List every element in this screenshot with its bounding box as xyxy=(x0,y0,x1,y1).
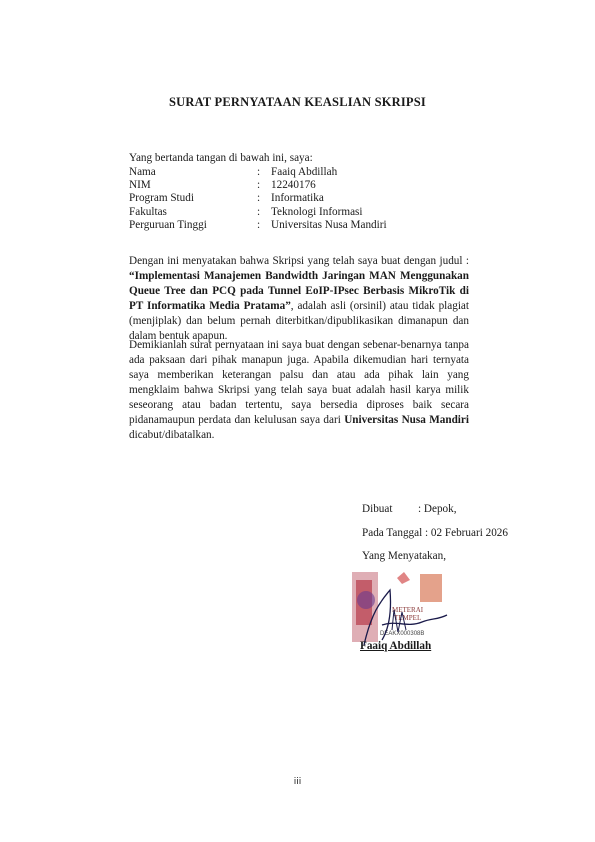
meterai-stamp-signature-icon: METERAI TEMPEL DEAKX000308B xyxy=(352,570,452,650)
made-value: : Depok, xyxy=(418,503,457,515)
field-row-program: Program Studi : Informatika xyxy=(129,192,387,205)
document-title: SURAT PERNYATAAN KEASLIAN SKRIPSI xyxy=(0,95,595,110)
field-value: 12240176 xyxy=(271,179,316,192)
university-name: Universitas Nusa Mandiri xyxy=(344,414,469,426)
field-separator: : xyxy=(257,192,271,205)
svg-text:TEMPEL: TEMPEL xyxy=(394,614,421,622)
field-row-faculty: Fakultas : Teknologi Informasi xyxy=(129,206,387,219)
page-number: iii xyxy=(0,777,595,787)
field-separator: : xyxy=(257,166,271,179)
field-value: Faaiq Abdillah xyxy=(271,166,337,179)
field-value: Teknologi Informasi xyxy=(271,206,363,219)
field-separator: : xyxy=(257,219,271,232)
field-label: Fakultas xyxy=(129,206,257,219)
field-label: Program Studi xyxy=(129,192,257,205)
intro-text: Yang bertanda tangan di bawah ini, saya: xyxy=(129,152,313,164)
field-row-university: Perguruan Tinggi : Universitas Nusa Mand… xyxy=(129,219,387,232)
field-label: Nama xyxy=(129,166,257,179)
date-line: Pada Tanggal : 02 Februari 2026 xyxy=(362,527,508,539)
field-separator: : xyxy=(257,206,271,219)
closing-text: Demikianlah surat pernyataan ini saya bu… xyxy=(129,339,469,426)
made-at-line: Dibuat: Depok, xyxy=(362,503,457,515)
field-label: Perguruan Tinggi xyxy=(129,219,257,232)
statement-lead: Dengan ini menyatakan bahwa Skripsi yang… xyxy=(129,255,469,267)
closing-tail: dicabut/dibatalkan. xyxy=(129,429,214,441)
field-value: Informatika xyxy=(271,192,324,205)
svg-text:METERAI: METERAI xyxy=(392,606,424,614)
svg-text:DEAKX000308B: DEAKX000308B xyxy=(380,631,424,637)
field-value: Universitas Nusa Mandiri xyxy=(271,219,387,232)
statement-paragraph: Dengan ini menyatakan bahwa Skripsi yang… xyxy=(129,254,469,344)
signer-name: Faaiq Abdillah xyxy=(360,640,431,652)
field-row-nim: NIM : 12240176 xyxy=(129,179,387,192)
field-label: NIM xyxy=(129,179,257,192)
field-separator: : xyxy=(257,179,271,192)
stating-line: Yang Menyatakan, xyxy=(362,550,446,562)
identity-fields: Nama : Faaiq Abdillah NIM : 12240176 Pro… xyxy=(129,166,387,232)
made-label: Dibuat xyxy=(362,503,418,515)
field-row-name: Nama : Faaiq Abdillah xyxy=(129,166,387,179)
closing-paragraph: Demikianlah surat pernyataan ini saya bu… xyxy=(129,338,469,443)
